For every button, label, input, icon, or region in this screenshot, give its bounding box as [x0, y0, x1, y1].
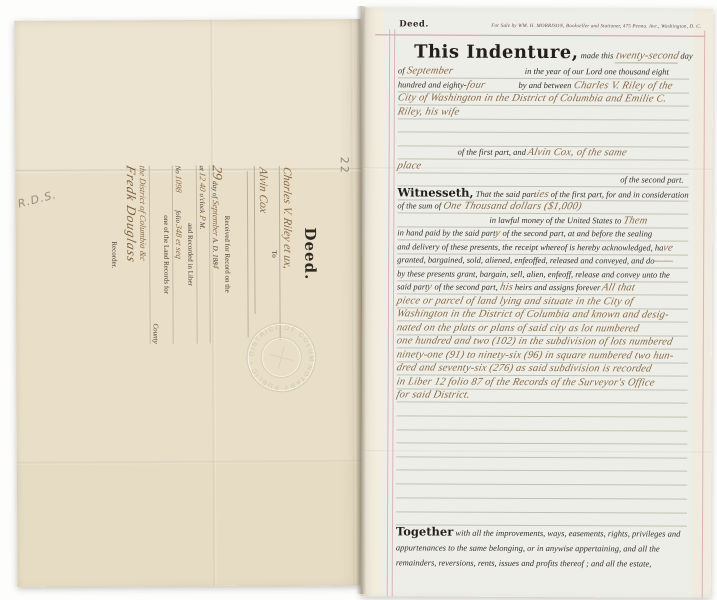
record-line-records: one of the Land Records for — [161, 166, 173, 344]
handwritten-text: September — [405, 64, 526, 78]
ad-label: A. D. 188 — [211, 238, 219, 265]
printed-form-text: That the said part — [473, 189, 536, 199]
handwritten-text: ve — [662, 242, 675, 255]
deed-line: for said District. — [397, 388, 688, 403]
handwritten-text: Washington in the District of Columbia a… — [396, 307, 671, 321]
blackletter-heading: This Indenture, — [414, 41, 579, 63]
blank-ruled-line — [396, 484, 687, 499]
handwritten-text: four — [465, 79, 520, 92]
printed-form-text: of the first part, for and in considerat… — [549, 189, 689, 200]
deed-line: appurtenances to the same belonging, or … — [396, 541, 687, 555]
handwritten-text: one hundred and two (102) in the subdivi… — [395, 334, 673, 348]
pencil-notation: R.D.S. — [16, 188, 58, 210]
handwritten-text: One Thousand dollars ($1,000) — [442, 200, 583, 214]
signature-fredk-douglass: Fredk Douglass — [126, 165, 137, 264]
county-label: County — [152, 323, 160, 343]
printed-form-text: in lawful money of the United States to — [489, 215, 623, 226]
deed-line: one hundred and two (102) in the subdivi… — [397, 334, 688, 349]
printed-form-text: heirs and assigns forever — [513, 282, 603, 292]
deed-line: of Septemberin the year of our Lord one … — [398, 64, 689, 79]
blank-ruled-line — [396, 470, 687, 485]
fold-crease-horizontal — [17, 460, 363, 465]
grantor-name: Charles V. Riley et ux, — [279, 166, 294, 342]
deed-line: in hand paid by the said party of the se… — [397, 226, 688, 241]
printed-form-text: in the year of our Lord one thousand eig… — [525, 66, 669, 77]
blank-ruled-line — [397, 402, 688, 417]
handwritten-text: —— — [653, 255, 675, 268]
printed-form-text: with all the improvements, ways, easemen… — [453, 528, 680, 539]
handwritten-text: Riley, his wife — [396, 105, 460, 118]
record-line-received: Received for Record on the — [222, 165, 234, 343]
handwritten-text: City of Washington in the District of Co… — [396, 91, 667, 105]
record-line-county: County — [149, 166, 162, 344]
recorder-signature: Fredk Douglass — [120, 166, 138, 344]
record-line-time: at 12 40 o'clock P M. — [196, 165, 210, 343]
m-label: M. — [198, 222, 206, 230]
printed-form-text: hundred and eighty- — [398, 79, 467, 89]
printed-form-text: by and between — [519, 80, 574, 90]
handwritten-text: ninety-one (91) to ninety-six (96) in sq… — [395, 348, 675, 362]
center-fold-shadow — [356, 6, 366, 594]
blank-ruled-line — [396, 429, 687, 444]
record-line-liber: and Recorded in Liber — [185, 165, 197, 343]
at-label: at — [198, 165, 206, 170]
handwritten-district-fill: the District of Columbia &c — [138, 165, 149, 262]
handwritten-text: Charles V. Riley of the — [572, 79, 673, 92]
printed-form-text: of the second part, — [432, 282, 500, 292]
deed-line: of the sum of One Thousand dollars ($1,0… — [397, 199, 688, 214]
deed-front-page: Deed. For Sale by WM. H. MORRISON, Books… — [361, 7, 714, 598]
handwritten-text: his — [499, 281, 515, 294]
handwritten-text: Them — [622, 214, 649, 227]
blank-ruled-line — [396, 456, 687, 471]
notary-seal-embossed: NOTARY PUBLIC • DISTRICT OF COLUMBIA • — [242, 318, 320, 396]
handwritten-text: All that — [601, 281, 637, 294]
printed-form-text: of the second part, at and before the se… — [500, 228, 652, 239]
deed-line: of the first part, and Alvin Cox, of the… — [398, 145, 689, 160]
blank-ruled-line — [398, 118, 689, 133]
deed-line: Washington in the District of Columbia a… — [397, 307, 688, 322]
printed-form-text: by these presents grant, bargain, sell, … — [397, 268, 670, 279]
record-year-digit: 4 — [211, 264, 221, 270]
day-of-label: day of — [211, 181, 219, 198]
deed-line: remainders, reversions, rents, issues an… — [396, 556, 687, 570]
record-time: 12 40 — [198, 172, 208, 193]
scanned-deed-document: { "back_page": { "pencil_initials": "R.D… — [0, 0, 717, 600]
no-label: No — [174, 166, 182, 174]
deed-back-page: R.D.S. 22 Deed. Charles V. Riley et ux, … — [15, 19, 364, 587]
handwritten-text: dred and seventy-six (276) as said subdi… — [395, 361, 653, 375]
printed-form-text: remainders, reversions, rents, issues an… — [396, 557, 652, 568]
record-line-folio: No 1098 folio 348 et seq — [172, 166, 186, 344]
printed-form-text: in hand paid by the said part — [397, 227, 495, 237]
deed-line: City of Washington in the District of Co… — [398, 91, 689, 106]
record-folio-no: 348 et seq — [174, 224, 184, 260]
deed-line: dred and seventy-six (276) as said subdi… — [397, 361, 688, 376]
printed-form-text: made this — [579, 50, 616, 60]
printed-form-text: and delivery of these presents, the rece… — [397, 241, 663, 252]
handwritten-text: Alvin Cox, of the same — [527, 146, 629, 159]
handwritten-text: in Liber 12 folio 87 of the Records of t… — [395, 375, 656, 389]
handwritten-text: nated on the plats or plans of said city… — [395, 321, 640, 335]
printed-form-text: of the first part, and — [458, 147, 528, 157]
record-ampm: P — [198, 214, 208, 221]
record-day: 29 — [211, 165, 221, 181]
folio-label: folio — [174, 210, 182, 223]
printed-form-text: of the second part. — [620, 174, 683, 184]
deed-line: Together with all the improvements, ways… — [396, 525, 687, 539]
grantee-name: Alvin Cox — [254, 166, 270, 316]
recorder-label: Recorder. — [109, 166, 121, 344]
blackletter-heading: Together — [396, 524, 453, 538]
printed-form-text: granted, bargained, sold, aliened, enfeo… — [397, 254, 654, 265]
recording-stamp: Received for Record on the 29 day of Sep… — [109, 159, 234, 350]
handwritten-text: piece or parcel of land lying and situat… — [396, 294, 635, 308]
deed-line: granted, bargained, sold, aliened, enfeo… — [397, 253, 688, 268]
printed-form-text: appurtenances to the same belonging, or … — [396, 542, 660, 553]
printed-form-text: said part — [397, 281, 428, 291]
printed-form-text: day — [678, 51, 692, 61]
record-line-date: 29 day of September A. D. 1884 — [209, 165, 223, 343]
handwritten-text: place — [396, 159, 423, 172]
deed-line: This Indenture, made this twenty-second … — [398, 45, 689, 59]
handwritten-text: for said District. — [395, 388, 471, 401]
record-month: September — [211, 199, 221, 237]
deed-line: said party of the second part, his heirs… — [397, 280, 688, 295]
oclock-label: o'clock — [198, 193, 206, 213]
blackletter-heading: Witnesseth, — [397, 185, 473, 199]
handwritten-text: twenty-second — [614, 49, 680, 63]
record-liber-no: 1098 — [174, 175, 184, 194]
printed-form-text: of the sum of — [397, 200, 443, 210]
deed-lines: This Indenture, made this twenty-second … — [361, 7, 714, 598]
pencil-page-number: 22 — [338, 157, 351, 175]
